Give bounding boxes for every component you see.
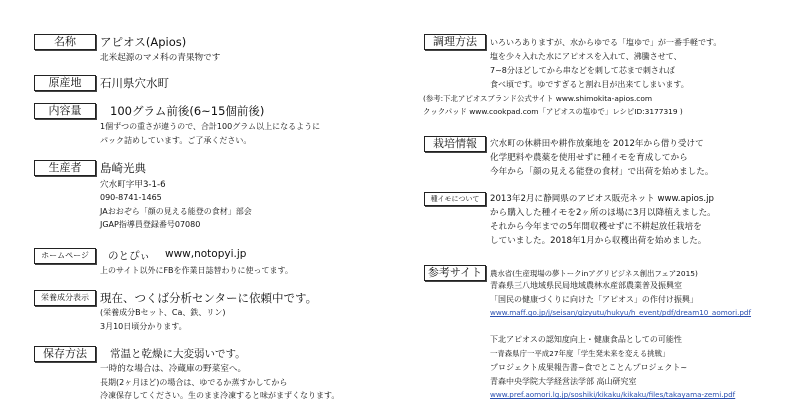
producer-name: 島崎光典 <box>100 160 146 176</box>
storage-line-2: 長期(2ヶ月ほど)の場合は、ゆでるか蒸すかしてから <box>100 377 287 388</box>
ref1-org: 青森県三八地域県民局地域農林水産部農業普及振興室 <box>490 280 682 291</box>
storage-label: 保存方法 <box>34 346 96 362</box>
cultivation-line-2: 化学肥料や農薬を使用せずに種イモを育成してから <box>490 151 688 163</box>
homepage-site-name: のとぴぃ <box>108 248 150 263</box>
contents-note-2: パック詰めしています。ご了承ください。 <box>100 135 251 146</box>
ref1-title: 「国民の健康づくりに向けた「アピオス」の作付け振興」 <box>490 294 698 305</box>
ref2-org: 青森中央学院大学経営法学部 高山研究室 <box>490 376 637 387</box>
contents-value: 100グラム前後(6~15個前後) <box>110 103 264 119</box>
origin-value: 石川県穴水町 <box>100 75 169 91</box>
cooking-label: 調理方法 <box>424 34 486 50</box>
storage-line-1: 一時的な場合は、冷蔵庫の野菜室へ。 <box>100 362 246 374</box>
references-label: 参考サイト <box>424 265 486 281</box>
homepage-note: 上のサイト以外にFBを作業日誌替わりに使ってます。 <box>100 265 293 276</box>
cultivation-line-3: 今年から「顔の見える能登の食材」で出荷を始めました。 <box>490 165 713 177</box>
ref2-url-link[interactable]: www.pref.aomori.lg.jp/soshiki/kikaku/kik… <box>490 390 735 399</box>
seed-line-1: 2013年2月に静岡県のアピオス販売ネット www.apios.jp <box>490 192 714 204</box>
ref2-project: プロジェクト成果報告書~食でとことんプロジェクト~ <box>490 362 687 373</box>
seed-label: 種イモについて <box>424 192 486 206</box>
producer-phone: 090-8741-1465 <box>100 193 162 202</box>
ref1-source: 農水省(生産現場の夢トークinアグリビジネス創出フェア2015) <box>490 268 698 279</box>
seed-line-4: していました。2018年1月から収穫出荷を始めました。 <box>490 234 706 246</box>
name-note: 北米起源のマメ科の青果物です <box>100 51 220 63</box>
name-value: アピオス(Apios) <box>100 34 186 50</box>
storage-value: 常温と乾燥に大変弱いです。 <box>110 346 246 361</box>
ref2-title: 下北アピオスの認知度向上・健康食品としての可能性 <box>490 334 682 345</box>
nutrition-note-1: (栄養成分Bセット、Ca、鉄、リン) <box>100 307 226 318</box>
homepage-label: ホームページ <box>34 248 96 264</box>
seed-line-2: から購入した種イモを2ヶ所のほ場に3月以降植えました。 <box>490 206 716 218</box>
storage-line-3: 冷凍保存してください。生のまま冷凍すると味がまずくなります。 <box>100 390 339 401</box>
cooking-line-3: 7~8分ほどしてから串などを刺して芯まで刺されば <box>490 65 675 76</box>
cooking-line-4: 食べ頃です。ゆですぎると割れ目が出来てしまいます。 <box>490 79 689 90</box>
contents-label: 内容量 <box>34 103 96 119</box>
contents-note-1: 1個ずつの重さが違うので、合計100グラム以上になるように <box>100 121 320 132</box>
nutrition-label: 栄養成分表示 <box>34 290 96 306</box>
cooking-ref-1: (参考:下北アピオスブランド公式サイト www.shimokita-apios.… <box>423 93 652 104</box>
nutrition-value: 現在、つくば分析センターに依頼中です。 <box>100 290 317 306</box>
ref2-sub: 一青森県庁一平成27年度「学生発未来を変える挑戦」 <box>490 348 669 359</box>
cooking-ref-2: クックパッド www.cookpad.com「アピオスの塩ゆで」レシピID:31… <box>423 106 683 117</box>
ref1-url-link[interactable]: www.maff.go.jp/j/seisan/gizyutu/hukyu/h_… <box>490 308 751 317</box>
producer-label: 生産者 <box>34 160 96 176</box>
cultivation-line-1: 穴水町の休耕田や耕作放棄地を 2012年から借り受けて <box>490 137 704 149</box>
cooking-line-2: 塩を少々入れた水にアピオスを入れて、沸騰させて、 <box>490 51 682 62</box>
homepage-url[interactable]: www,notopyi.jp <box>165 248 246 260</box>
cultivation-label: 栽培情報 <box>424 136 486 152</box>
producer-address: 穴水町字甲3-1-6 <box>100 178 166 190</box>
nutrition-note-2: 3月10日頃分かります。 <box>100 321 187 332</box>
cooking-line-1: いろいろありますが、水からゆでる「塩ゆで」が一番手軽です。 <box>490 37 721 48</box>
seed-line-3: それから今年までの5年間収穫せずに不耕起放任栽培を <box>490 220 702 232</box>
name-label: 名称 <box>34 34 96 50</box>
producer-jgap: JGAP指導員登録番号07080 <box>100 219 200 230</box>
producer-group: JAおおぞら「顔の見える能登の食材」部会 <box>100 206 252 217</box>
origin-label: 原産地 <box>34 75 96 91</box>
